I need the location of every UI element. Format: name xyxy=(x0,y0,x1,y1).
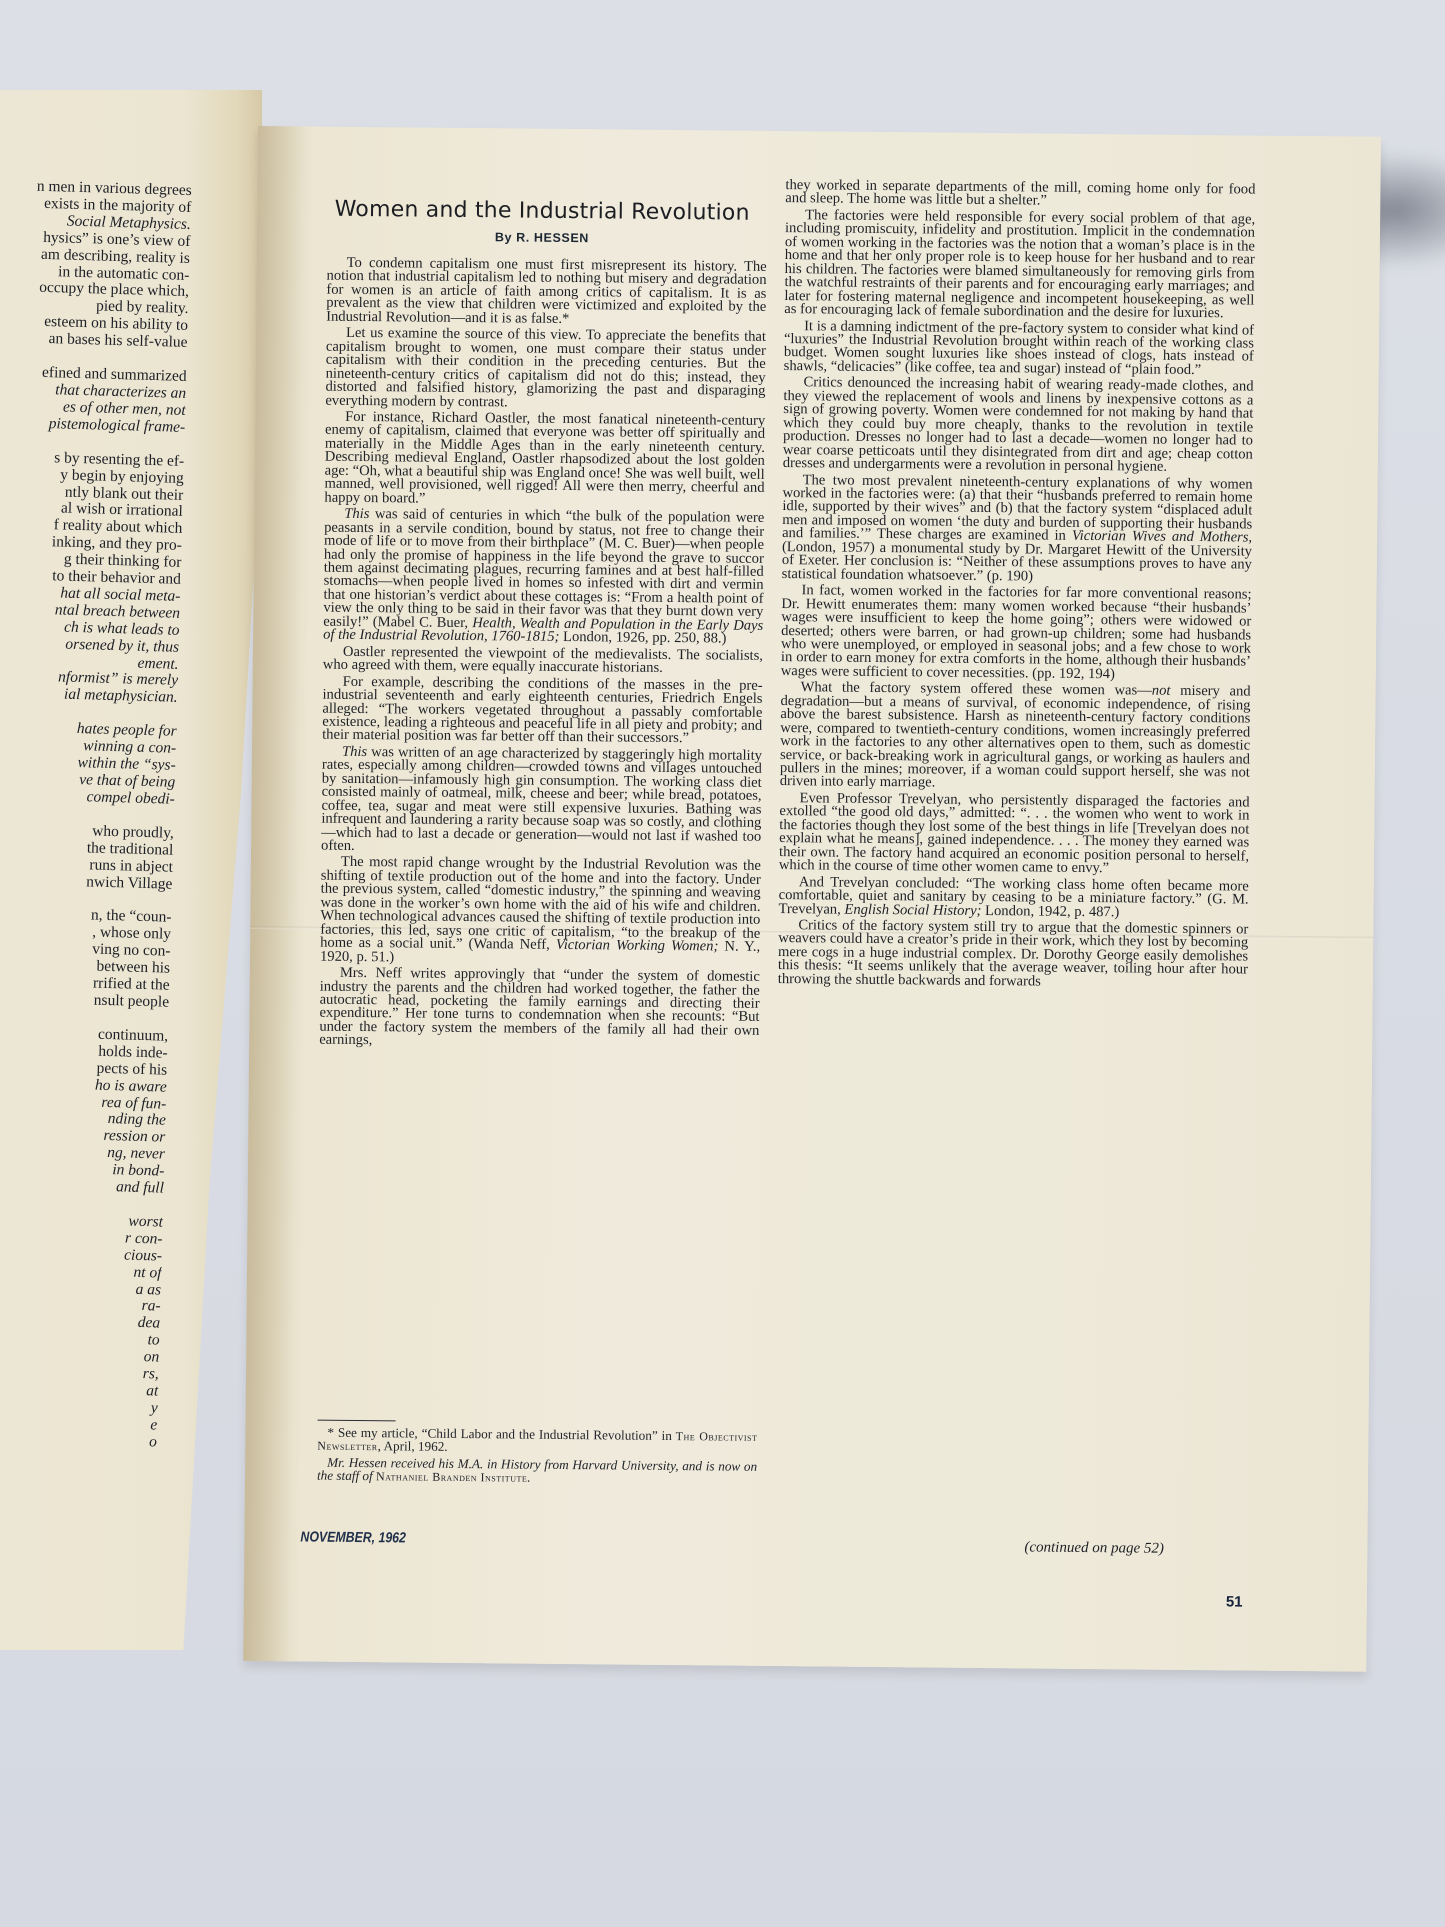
paragraph: The two most prevalent nineteenth-centur… xyxy=(782,474,1253,586)
paragraph: The most rapid change wrought by the Ind… xyxy=(320,856,761,968)
paragraph: And Trevelyan concluded: “The working cl… xyxy=(778,876,1248,921)
left-page-text: n men in various degreesexists in the ma… xyxy=(0,176,192,1451)
page-number: 51 xyxy=(1226,1593,1243,1610)
article-title: Women and the Industrial Revolution xyxy=(317,197,767,226)
footnotes: * See my article, “Child Labor and the I… xyxy=(317,1427,758,1491)
paragraph: Critics denounced the increasing habit o… xyxy=(783,376,1254,475)
footnote-reference: * See my article, “Child Labor and the I… xyxy=(317,1427,757,1456)
issue-date: NOVEMBER, 1962 xyxy=(300,1529,406,1546)
author-bio: Mr. Hessen received his M.A. in History … xyxy=(317,1457,757,1486)
footnote-rule xyxy=(318,1420,396,1422)
right-page: Women and the Industrial Revolution By R… xyxy=(243,126,1381,1672)
paragraph: In fact, women worked in the factories f… xyxy=(781,584,1252,683)
article-column-1: To condemn capitalism one must first mis… xyxy=(319,257,767,1055)
institute-name: Nathaniel Branden Institute xyxy=(376,1469,527,1484)
continued-note: (continued on page 52) xyxy=(1024,1539,1164,1557)
paragraph: What the factory system offered these wo… xyxy=(780,681,1251,793)
left-page: n men in various degreesexists in the ma… xyxy=(0,90,262,1650)
paragraph: Even Professor Trevelyan, who persistent… xyxy=(779,792,1250,877)
paragraph: For instance, Richard Oastler, the most … xyxy=(324,411,765,509)
paragraph: Mrs. Neff writes approvingly that “under… xyxy=(319,967,760,1052)
paragraph: Oastler represented the viewpoint of the… xyxy=(323,645,763,676)
paragraph: For example, describing the conditions o… xyxy=(322,675,763,746)
paragraph: To condemn capitalism one must first mis… xyxy=(326,257,767,328)
paragraph: they worked in separate departments of t… xyxy=(785,179,1255,210)
paragraph: This was written of an age characterized… xyxy=(321,746,762,858)
article-column-2: they worked in separate departments of t… xyxy=(778,179,1256,994)
article-byline: By R. HESSEN xyxy=(317,229,767,247)
paragraph: Let us examine the source of this view. … xyxy=(325,327,766,412)
paragraph: The factories were held responsible for … xyxy=(784,209,1255,321)
paragraph: Critics of the factory system still try … xyxy=(778,919,1249,991)
paragraph: It is a damning indictment of the pre-fa… xyxy=(784,320,1254,378)
paragraph: This was said of centuries in which “the… xyxy=(323,508,764,647)
